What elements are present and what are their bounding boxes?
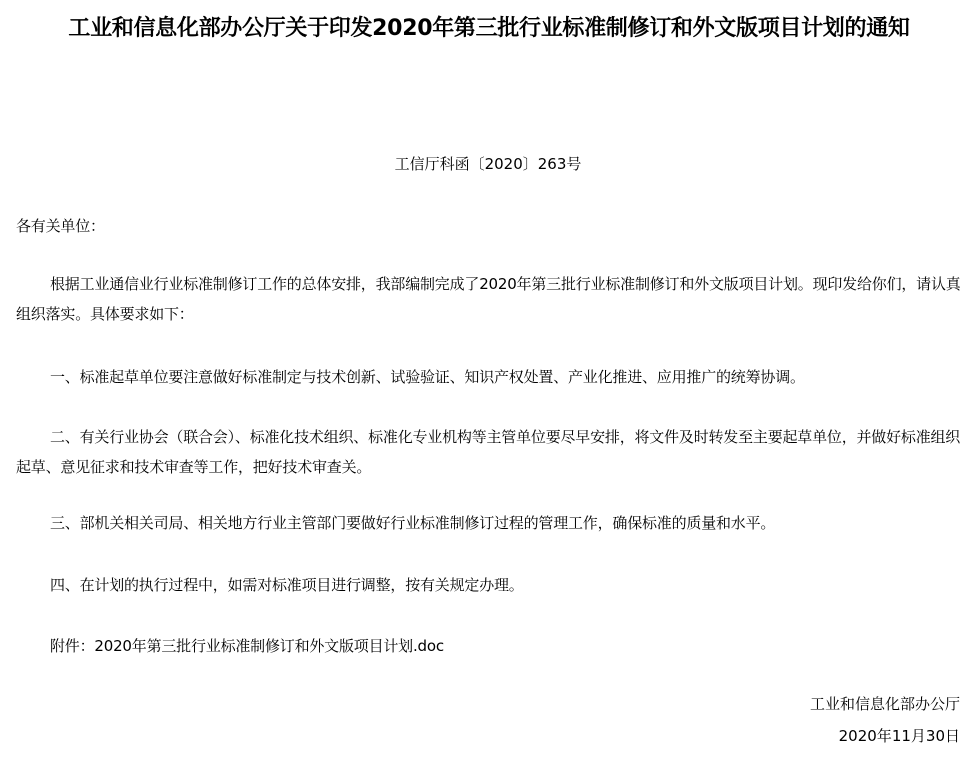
document: 工业和信息化部办公厅关于印发2020年第三批行业标准制修订和外文版项目计划的通知…	[0, 0, 976, 763]
requirement-1: 一、标准起草单位要注意做好标准制定与技术创新、试验验证、知识产权处置、产业化推进…	[16, 362, 962, 392]
salutation: 各有关单位：	[16, 211, 962, 241]
document-title: 工业和信息化部办公厅关于印发2020年第三批行业标准制修订和外文版项目计划的通知	[14, 12, 964, 46]
attachment-line: 附件：2020年第三批行业标准制修订和外文版项目计划.doc	[16, 631, 962, 661]
attachment-label: 附件：	[50, 637, 94, 655]
intro-paragraph: 根据工业通信业行业标准制修订工作的总体安排，我部编制完成了2020年第三批行业标…	[16, 269, 962, 329]
requirement-2: 二、有关行业协会（联合会）、标准化技术组织、标准化专业机构等主管单位要尽早安排，…	[16, 422, 962, 482]
attachment-link[interactable]: 2020年第三批行业标准制修订和外文版项目计划.doc	[94, 637, 444, 655]
requirement-4: 四、在计划的执行过程中，如需对标准项目进行调整，按有关规定办理。	[16, 570, 962, 600]
signature-date: 2020年11月30日	[839, 726, 960, 746]
signature-organization: 工业和信息化部办公厅	[810, 694, 960, 714]
requirement-3: 三、部机关相关司局、相关地方行业主管部门要做好行业标准制修订过程的管理工作，确保…	[16, 508, 962, 538]
document-number: 工信厅科函〔2020〕263号	[0, 154, 976, 174]
